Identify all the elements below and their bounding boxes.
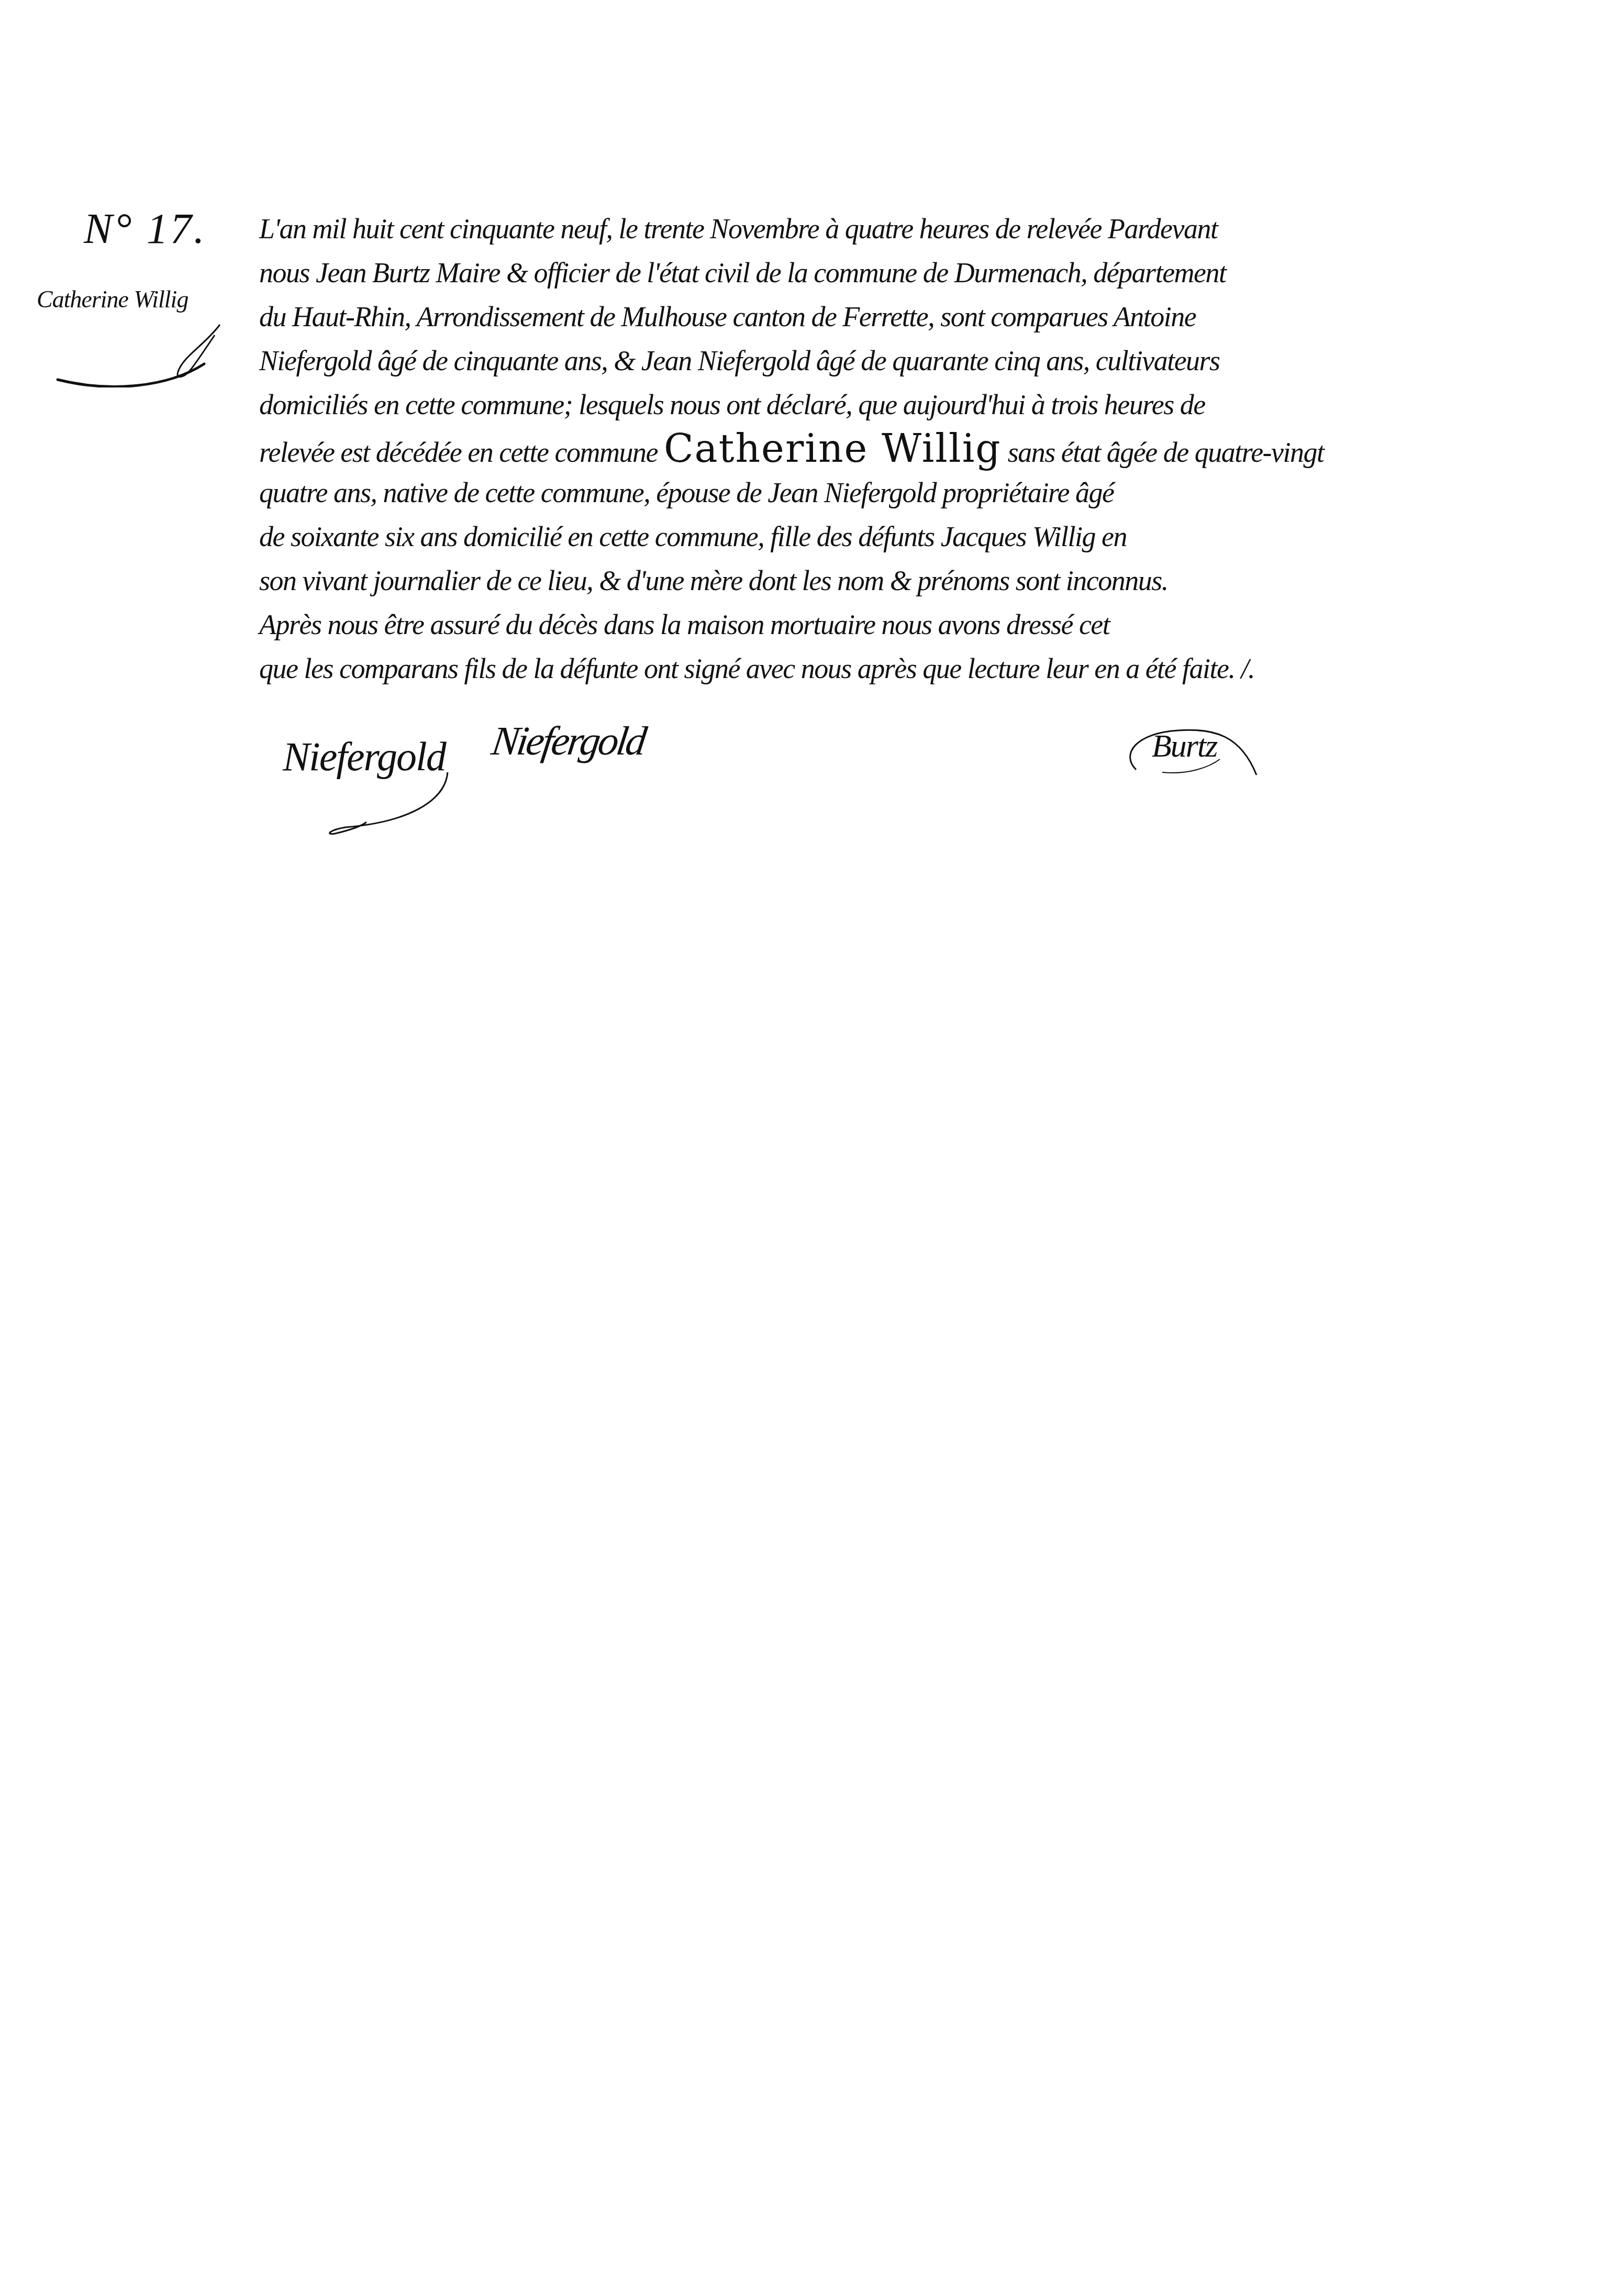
- body-line-2: nous Jean Burtz Maire & officier de l'ét…: [259, 251, 1589, 295]
- body-line-11: que les comparans fils de la défunte ont…: [259, 647, 1589, 691]
- body-line-text: du Haut-Rhin, Arrondissement de Mulhouse…: [259, 301, 1196, 332]
- body-line-text: que les comparans fils de la défunte ont…: [259, 653, 1254, 684]
- body-line-4: Niefergold âgé de cinquante ans, & Jean …: [259, 339, 1589, 383]
- margin-flourish-icon: [47, 314, 225, 387]
- body-line-9: son vivant journalier de ce lieu, & d'un…: [259, 559, 1589, 603]
- body-line-5: domiciliés en cette commune; lesquels no…: [259, 383, 1589, 427]
- body-line-text: domiciliés en cette commune; lesquels no…: [259, 389, 1205, 420]
- body-line-text: L'an mil huit cent cinquante neuf, le tr…: [259, 213, 1218, 245]
- record-body: L'an mil huit cent cinquante neuf, le tr…: [259, 207, 1589, 691]
- body-line-text: nous Jean Burtz Maire & officier de l'ét…: [259, 257, 1226, 289]
- body-line-text: quatre ans, native de cette commune, épo…: [259, 477, 1114, 508]
- body-line-text: Niefergold âgé de cinquante ans, & Jean …: [259, 345, 1220, 376]
- document-page: N° 17. Catherine Willig L'an mil huit ce…: [0, 0, 1624, 2296]
- body-line-10: Après nous être assuré du décès dans la …: [259, 603, 1589, 647]
- body-line-text: Après nous être assuré du décès dans la …: [259, 609, 1109, 640]
- body-line-8: de soixante six ans domicilié en cette c…: [259, 515, 1589, 559]
- record-number: N° 17.: [84, 204, 207, 253]
- body-line-7: quatre ans, native de cette commune, épo…: [259, 471, 1589, 515]
- signature-flourish-icon: [272, 744, 461, 838]
- margin-annotation: N° 17. Catherine Willig: [31, 199, 241, 377]
- margin-subject-name: Catherine Willig: [37, 285, 188, 313]
- deceased-name: Catherine Willig: [664, 426, 1002, 471]
- body-line-6: relevée est décédée en cette commune Cat…: [259, 427, 1589, 471]
- signature-jean-niefergold: Niefergold: [489, 717, 648, 764]
- signature-block: Niefergold Niefergold Burtz: [251, 712, 1403, 838]
- body-line-text: sans état âgée de quatre-vingt: [1008, 437, 1324, 468]
- mayor-signature-flourish-icon: [1115, 712, 1272, 785]
- body-line-3: du Haut-Rhin, Arrondissement de Mulhouse…: [259, 295, 1589, 339]
- body-line-text: relevée est décédée en cette commune: [259, 437, 658, 468]
- body-line-text: son vivant journalier de ce lieu, & d'un…: [259, 565, 1168, 596]
- body-line-1: L'an mil huit cent cinquante neuf, le tr…: [259, 207, 1589, 251]
- body-line-text: de soixante six ans domicilié en cette c…: [259, 521, 1127, 552]
